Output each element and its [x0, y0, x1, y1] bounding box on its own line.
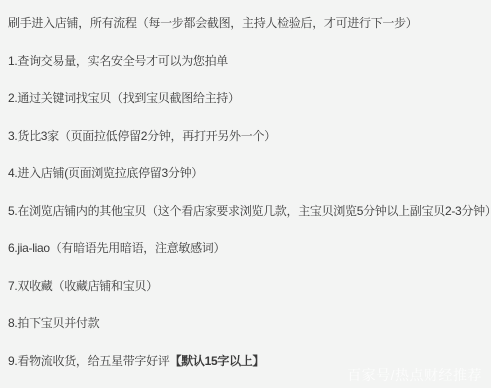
step-8: 8.拍下宝贝并付款 [8, 316, 483, 331]
step-9-text: 9.看物流收货，给五星带字好评 [8, 354, 170, 368]
intro-line: 刷手进入店铺，所有流程（每一步都会截图，主持人检验后，才可进行下一步） [8, 16, 483, 31]
step-7: 7.双收藏（收藏店铺和宝贝） [8, 279, 483, 294]
step-5: 5.在浏览店铺内的其他宝贝（这个看店家要求浏览几款，主宝贝浏览5分钟以上副宝贝2… [8, 204, 483, 219]
step-6: 6.jia-liao（有暗语先用暗语，注意敏感词） [8, 241, 483, 256]
step-2: 2.通过关键词找宝贝（找到宝贝截图给主持） [8, 91, 483, 106]
step-9-emphasis: 【默认15字以上】 [170, 354, 265, 368]
step-1: 1.查询交易量，实名安全号才可以为您拍单 [8, 54, 483, 69]
article-text-block: 刷手进入店铺，所有流程（每一步都会截图，主持人检验后，才可进行下一步） 1.查询… [0, 0, 491, 388]
step-3: 3.货比3家（页面拉低停留2分钟，再打开另外一个） [8, 129, 483, 144]
step-9: 9.看物流收货，给五星带字好评【默认15字以上】 [8, 354, 483, 369]
step-4: 4.进入店铺(页面浏览拉底停留3分钟） [8, 166, 483, 181]
